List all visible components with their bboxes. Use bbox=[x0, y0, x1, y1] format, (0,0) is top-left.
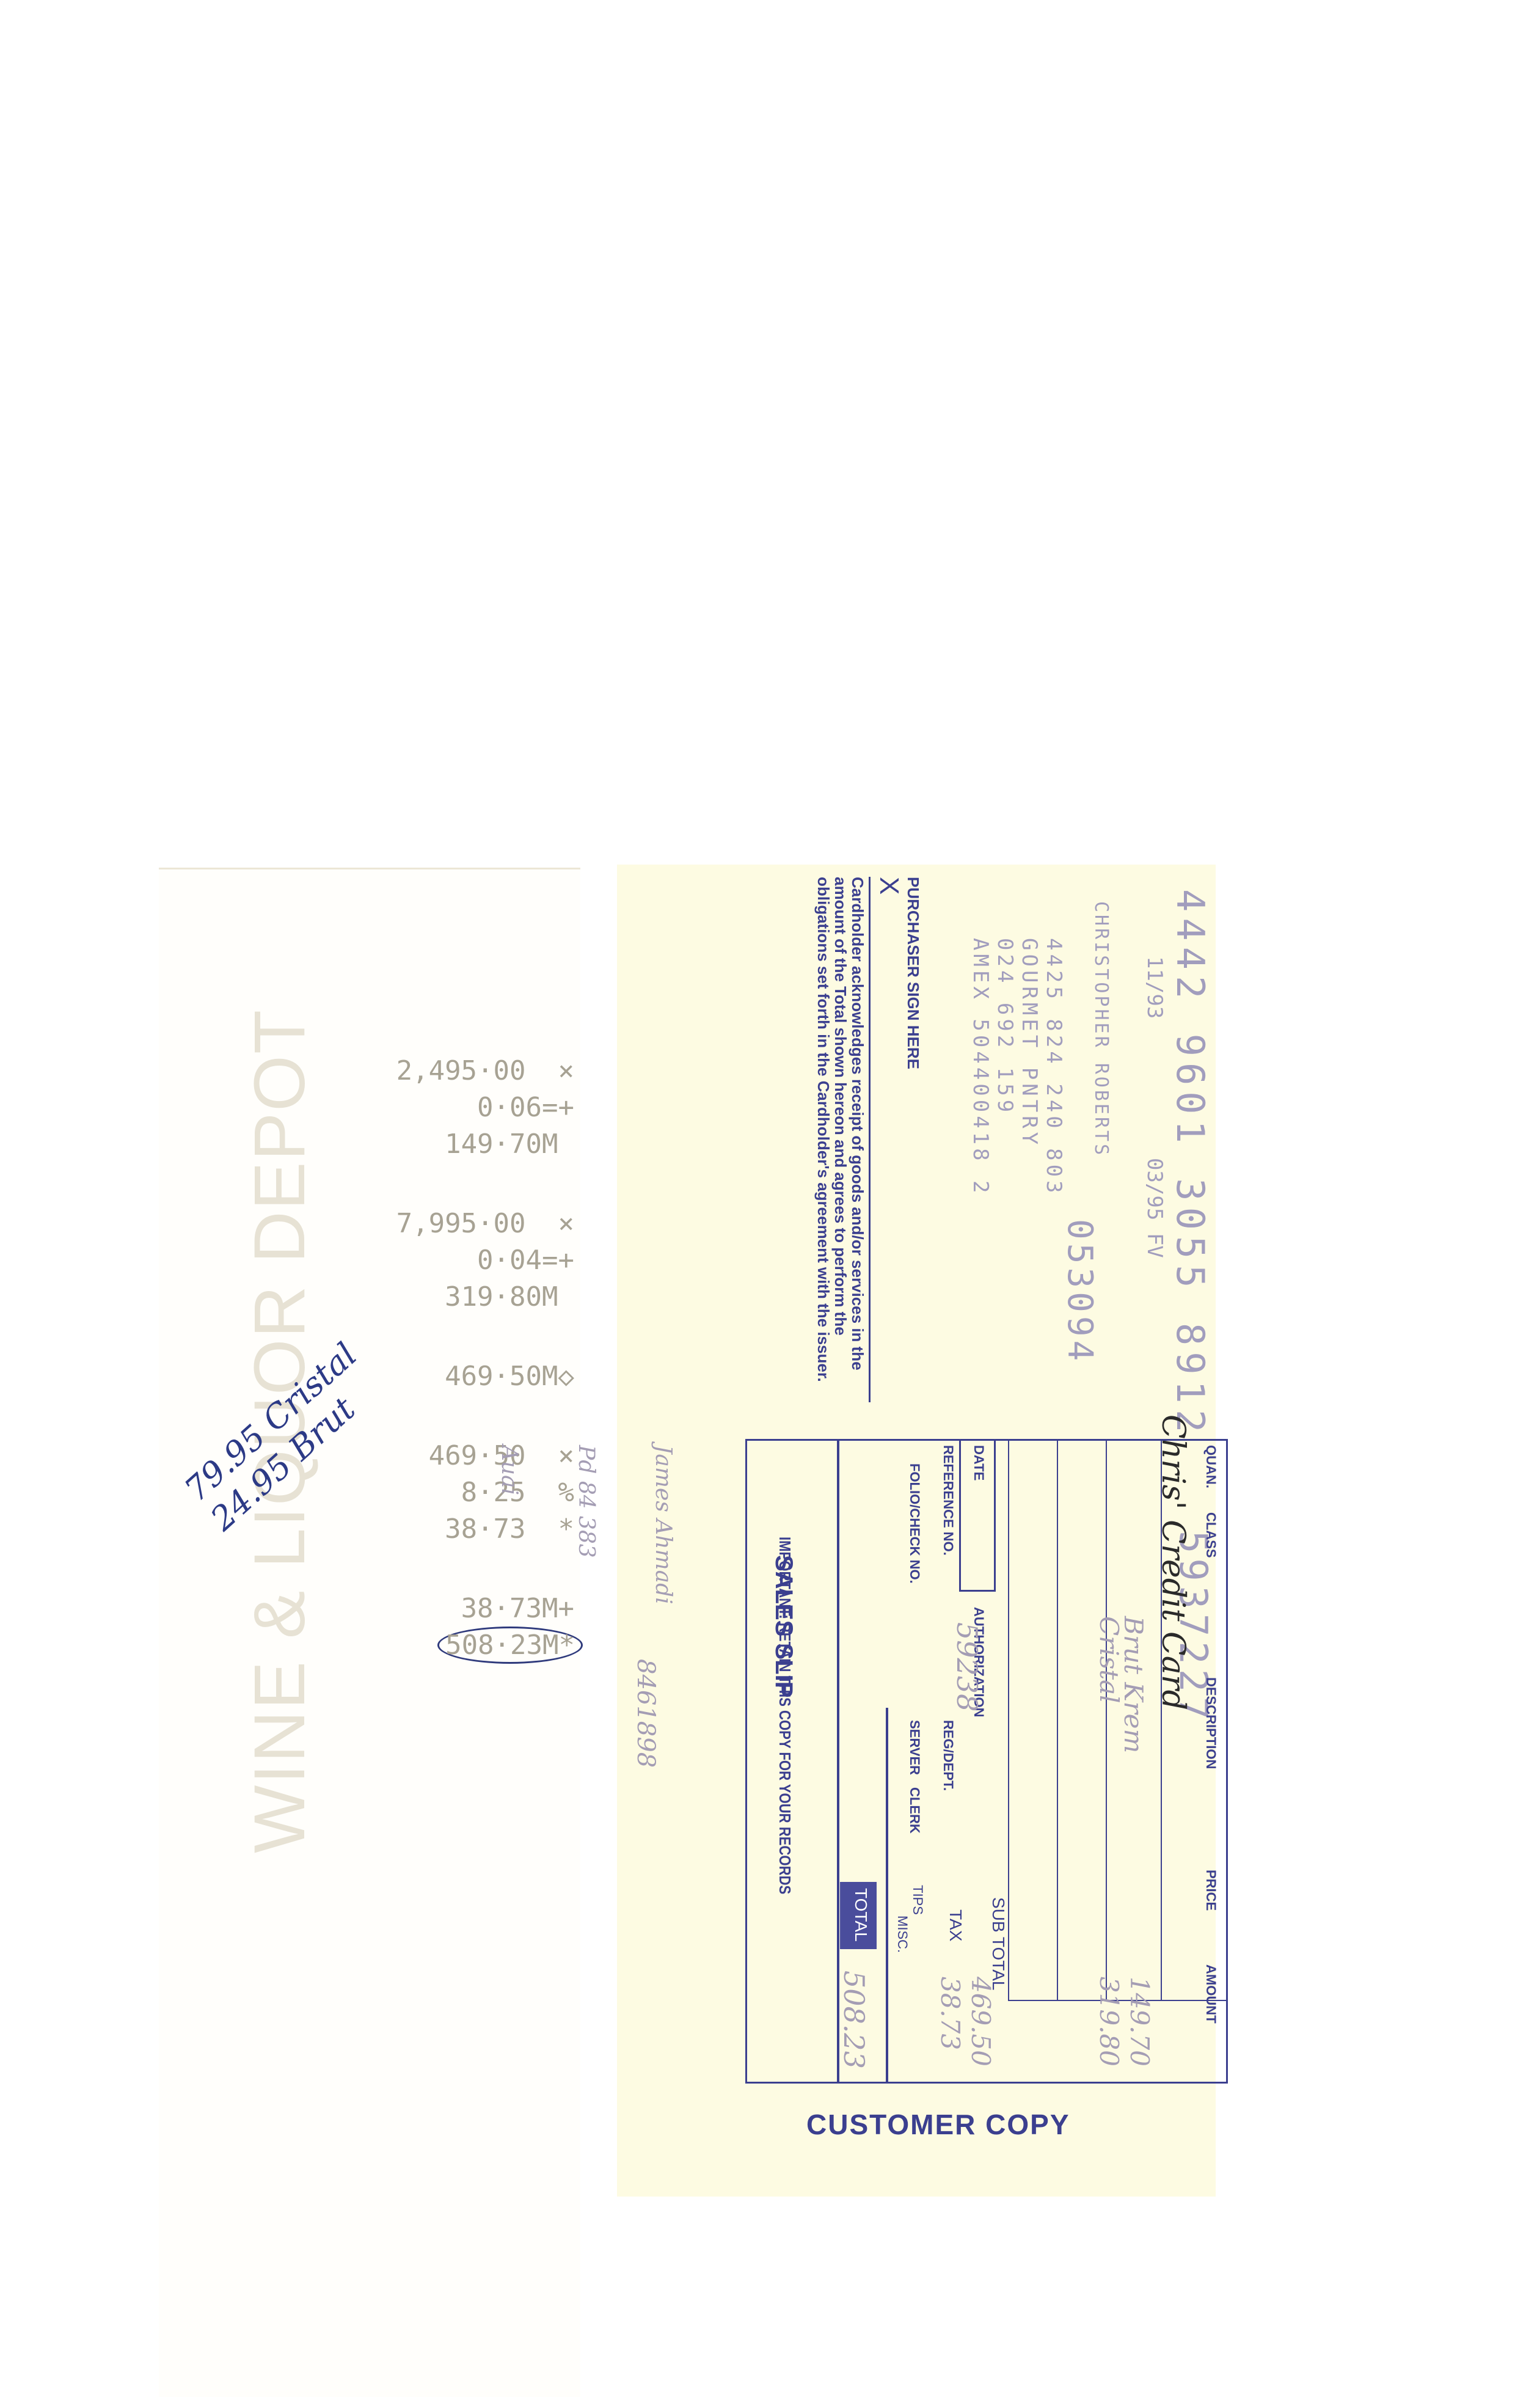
card-number: 4442 9601 3055 8912 bbox=[1168, 889, 1213, 1438]
amex-number: AMEX 504400418 2 bbox=[968, 938, 993, 1197]
tape-line: 319·80M bbox=[342, 1279, 574, 1316]
item-description: Cristal bbox=[1094, 1616, 1124, 1704]
field-clerk: CLERK bbox=[907, 1787, 922, 1834]
merchant-code: 053094 bbox=[1060, 1219, 1100, 1364]
signature-x: X bbox=[874, 877, 904, 895]
tape-line: 0·04=+ bbox=[342, 1242, 574, 1279]
misc-label: MISC. bbox=[894, 1916, 910, 1953]
signature-line[interactable] bbox=[868, 877, 871, 1402]
handwritten-side-note: James Ahmadi Pd 84 383 Auai bbox=[445, 1445, 727, 1605]
cardholder-name: CHRISTOPHER ROBERTS bbox=[1090, 901, 1112, 1157]
signature-label: PURCHASER SIGN HERE bbox=[904, 877, 922, 1069]
retain-notice: IMPORTANT: RETAIN THIS COPY FOR YOUR REC… bbox=[775, 1537, 794, 1894]
merchant-id: 024 692 159 bbox=[993, 938, 1017, 1116]
col-amount: AMOUNT bbox=[1203, 1964, 1219, 2024]
tape-grand-total: 508·23M* bbox=[437, 1627, 583, 1664]
total-label: TOTAL bbox=[851, 1888, 871, 1942]
sales-slip-form: QUAN. CLASS DESCRIPTION PRICE AMOUNT Bru… bbox=[745, 1439, 1228, 2084]
field-folio: FOLIO/CHECK NO. bbox=[907, 1463, 922, 1584]
merchant-name: GOURMET PNTRY bbox=[1017, 938, 1042, 1148]
valid-from: 11/93 bbox=[1142, 956, 1167, 1019]
field-server: SERVER bbox=[907, 1720, 922, 1775]
col-price: PRICE bbox=[1203, 1870, 1219, 1911]
customer-copy-label: CUSTOMER COPY bbox=[806, 2108, 1070, 2141]
authorization-value: 59238 bbox=[951, 1622, 984, 1711]
expiry-date: 03/95 FV bbox=[1142, 1158, 1167, 1258]
tape-line: 7,995·00 × bbox=[342, 1206, 574, 1242]
tax-value: 38.73 bbox=[935, 1977, 965, 2050]
handwritten-number: 8461898 bbox=[632, 1659, 660, 1768]
tax-label: TAX bbox=[946, 1909, 965, 1941]
col-description: DESCRIPTION bbox=[1203, 1677, 1219, 1769]
subtotal-value: 469.50 bbox=[966, 1977, 996, 2066]
field-reg-dept: REG/DEPT. bbox=[940, 1720, 956, 1791]
merchant-number: 4425 824 240 803 bbox=[1042, 938, 1066, 1197]
col-quan: QUAN. bbox=[1203, 1445, 1219, 1488]
agreement-text: Cardholder acknowledges receipt of goods… bbox=[815, 877, 866, 1390]
col-class: CLASS bbox=[1203, 1512, 1219, 1558]
field-date: DATE bbox=[971, 1445, 987, 1480]
tips-label: TIPS bbox=[910, 1885, 925, 1915]
tape-line: 0·06=+ bbox=[342, 1089, 574, 1126]
tape-line: 2,495·00 × bbox=[342, 1053, 574, 1089]
total-value: 508.23 bbox=[838, 1971, 871, 2069]
item-amount: 149.70 bbox=[1125, 1977, 1155, 2066]
field-reference: REFERENCE NO. bbox=[940, 1445, 956, 1556]
item-amount: 319.80 bbox=[1094, 1977, 1124, 2066]
sales-slip: 4442 9601 3055 8912 11/93 03/95 FV CHRIS… bbox=[617, 865, 1216, 2197]
adding-machine-tape: WINE & LIQUOR DEPOT 2,495·00 × 0·06=+ 14… bbox=[159, 868, 580, 2397]
tape-line: 149·70M bbox=[342, 1126, 574, 1163]
